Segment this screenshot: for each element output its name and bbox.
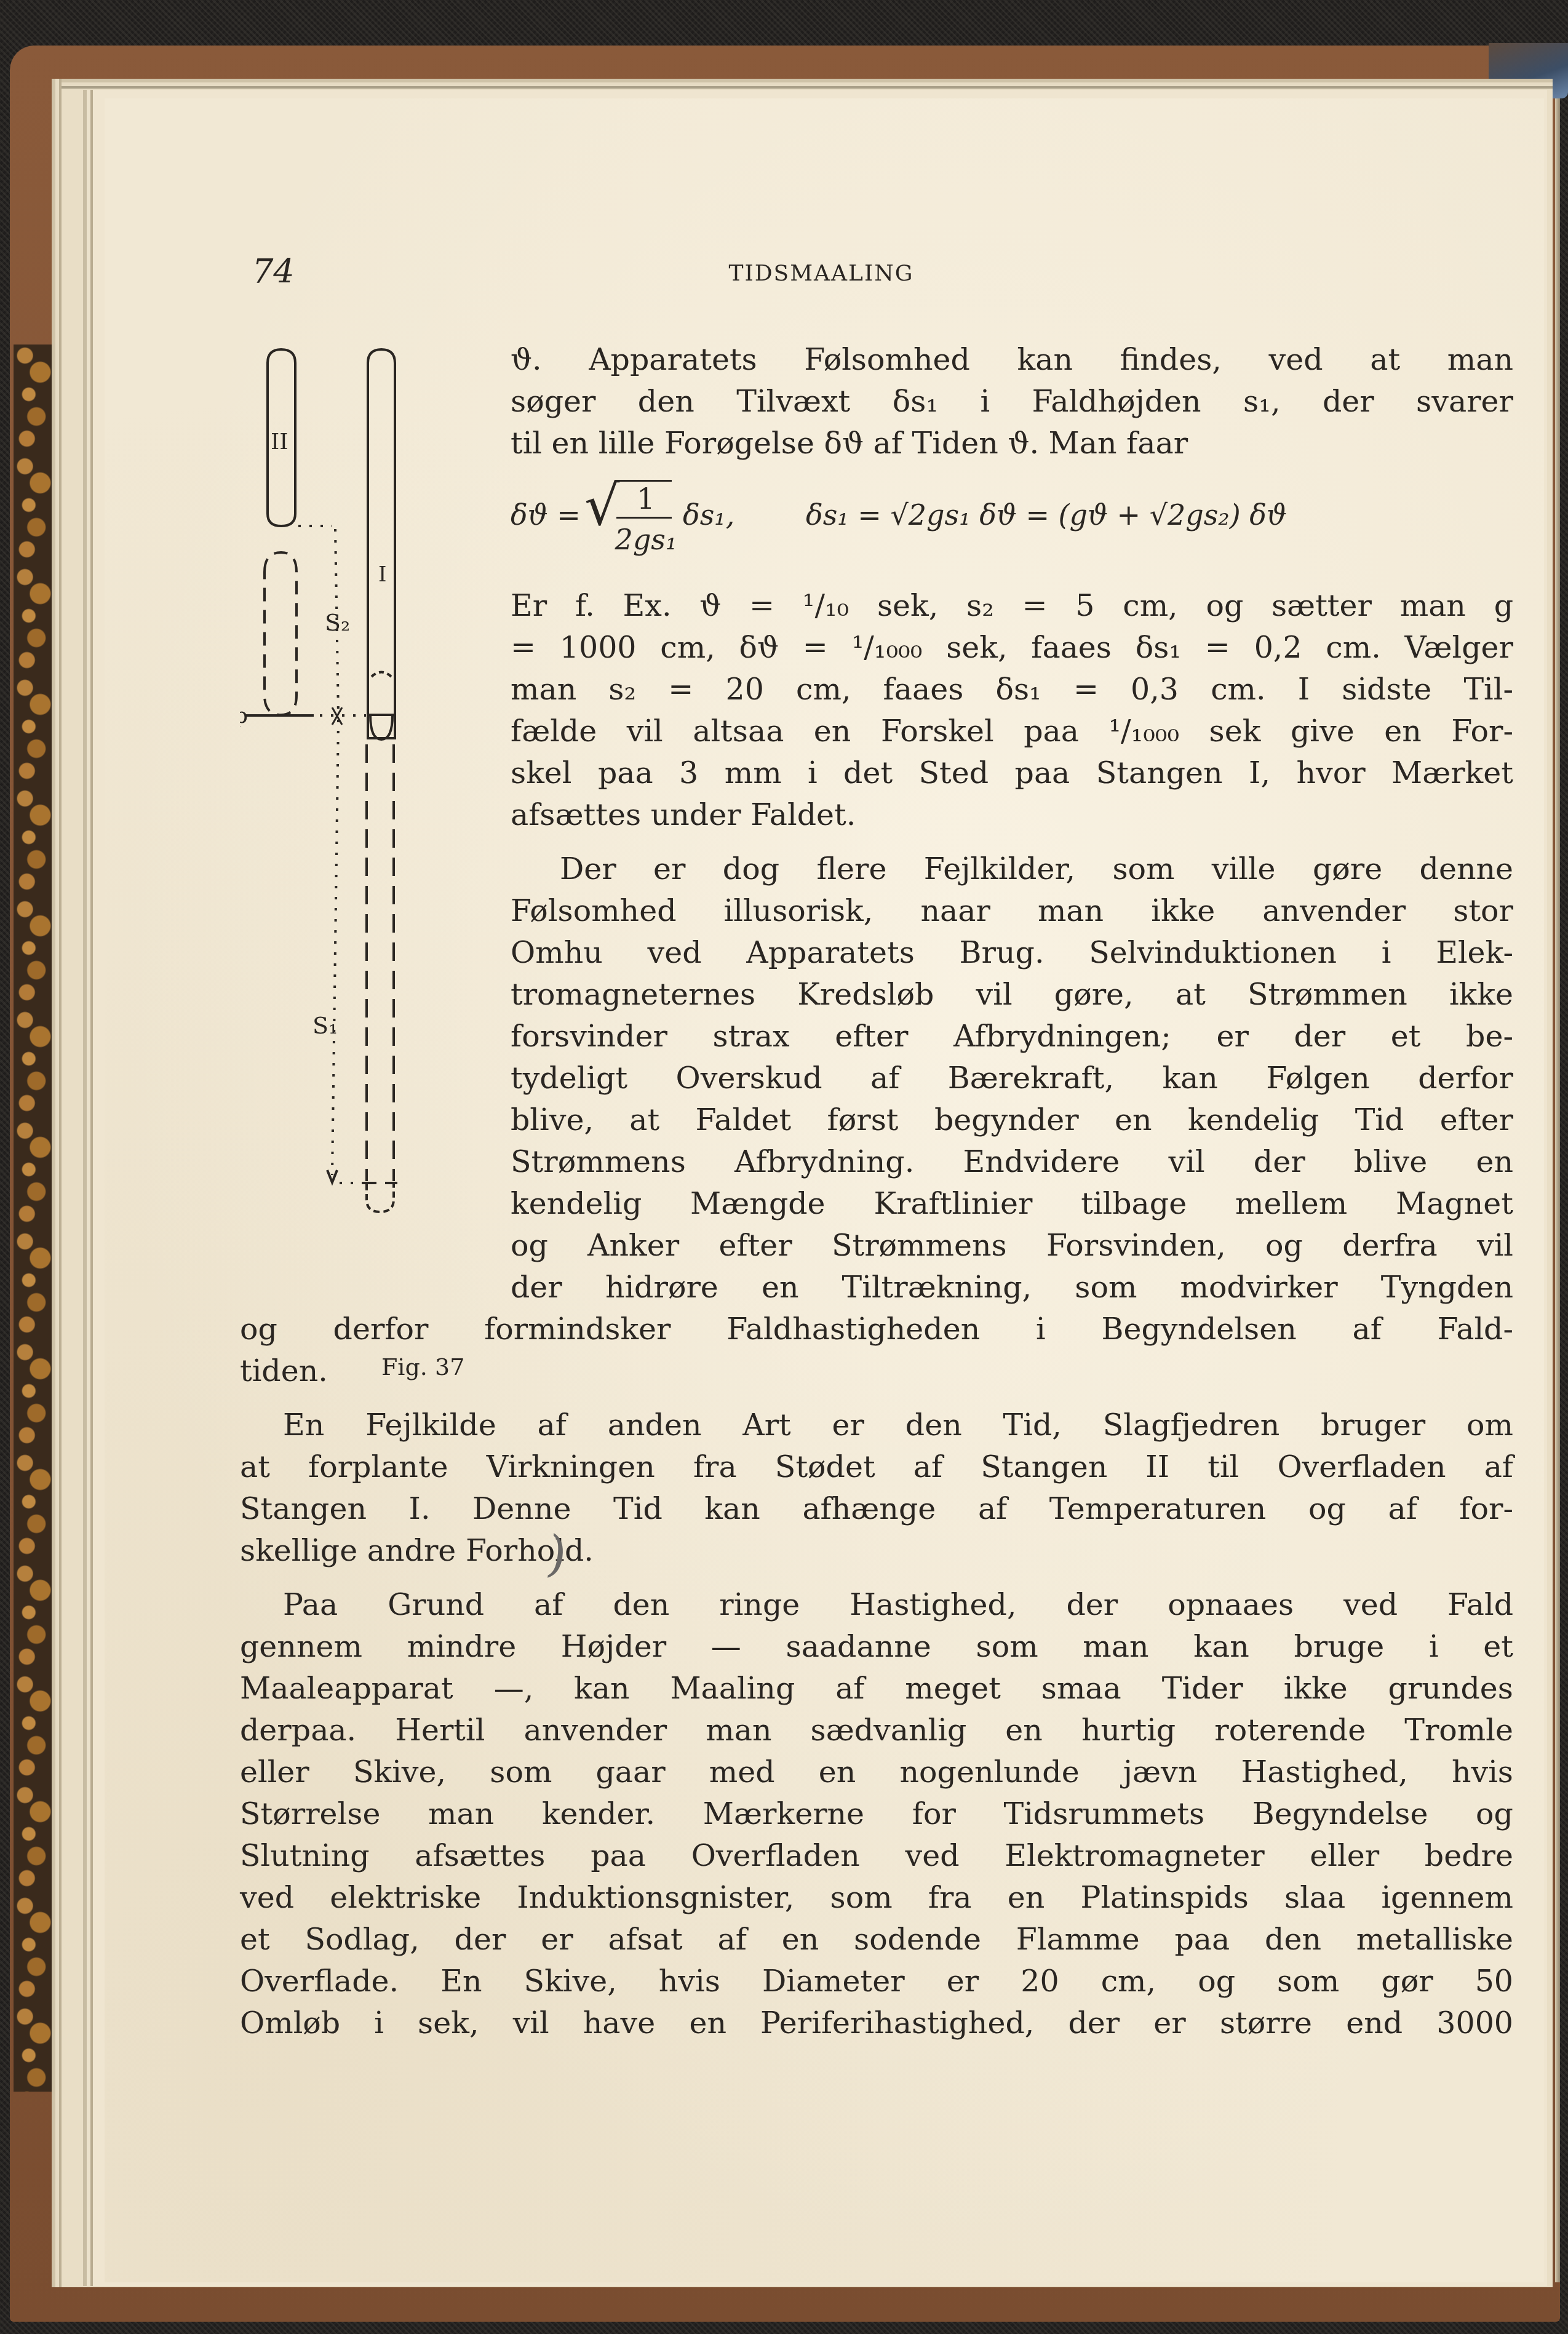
running-title: TIDSMAALING [252,261,1390,286]
text-line: til en lille Forøgelse δϑ af Tiden ϑ. Ma… [511,428,1513,458]
text-line: Følsomhed illusorisk, naar man ikke anve… [511,896,1513,926]
svg-text:S₂: S₂ [325,609,350,636]
text-line: derpaa. Hertil anvender man sædvanlig en… [240,1715,1513,1745]
svg-text:p: p [240,703,248,728]
text-line: kendelig Mængde Kraftlinier tilbage mell… [511,1189,1513,1219]
falling-rod-diagram-icon: II I S₂ S₁ p [240,338,517,1372]
fraction-bar [616,517,672,519]
text-line: tydeligt Overskud af Bærekraft, kan Følg… [511,1063,1513,1093]
text-line: at forplante Virkningen fra Stødet af St… [240,1452,1513,1482]
text-line: fælde vil altsaa en Forskel paa ¹/₁₀₀₀ s… [511,716,1513,746]
text-line: gennem mindre Højder — saadanne som man … [240,1631,1513,1662]
svg-text:S₁: S₁ [312,1012,338,1039]
text-line: Maaleapparat —, kan Maaling af meget sma… [240,1673,1513,1703]
equation-after-fraction: δs₁, [683,498,734,532]
book-page: 74 TIDSMAALING [105,98,1544,2282]
svg-text:II: II [271,429,288,455]
svg-text:I: I [378,562,386,587]
text-line: Der er dog flere Fejlkilder, som ville g… [560,854,1513,884]
text-line: Omhu ved Apparatets Brug. Selvinduktione… [511,938,1513,968]
equation-second: δs₁ = √2gs₁ δϑ = (gϑ + √2gs₂) δϑ [806,498,1287,532]
text-line: tromagneternes Kredsløb vil gøre, at Str… [511,979,1513,1010]
text-line: Strømmens Afbrydning. Endvidere vil der … [511,1147,1513,1177]
text-line: Slutning afsættes paa Overfladen ved Ele… [240,1841,1513,1871]
text-line: søger den Tilvæxt δs₁ i Faldhøjden s₁, d… [511,386,1513,416]
text-line: Omløb i sek, vil have en Periferihastigh… [240,2008,1513,2038]
text-line: ved elektriske Induktionsgnister, som fr… [240,1882,1513,1913]
text-line: afsættes under Faldet. [511,800,1513,830]
equation-lhs: δϑ = [511,498,581,532]
text-line: Stangen I. Denne Tid kan afhænge af Temp… [240,1494,1513,1524]
fraction-denominator: 2gs₁ [612,523,680,556]
text-line: der hidrøre en Tiltrækning, som modvirke… [511,1272,1513,1302]
figure-37: II I S₂ S₁ p Fig. 37 [240,338,517,1372]
text-line: og derfor formindsker Faldhastigheden i … [240,1314,1513,1344]
text-line: eller Skive, som gaar med en nogenlunde … [240,1757,1513,1787]
text-line: skellige andre Forhold. [240,1535,1513,1566]
page-header: 74 TIDSMAALING [252,252,1390,301]
text-line: og Anker efter Strømmens Forsvinden, og … [511,1230,1513,1261]
marbled-cover-edge [14,345,52,2092]
sqrt-bar [616,480,672,482]
text-line: Størrelse man kender. Mærkerne for Tidsr… [240,1799,1513,1829]
text-line: man s₂ = 20 cm, faaes δs₁ = 0,3 cm. I si… [511,674,1513,704]
text-line: forsvinder strax efter Afbrydningen; er … [511,1021,1513,1051]
text-line: = 1000 cm, δϑ = ¹/₁₀₀₀ sek, faaes δs₁ = … [511,632,1513,663]
text-line: ϑ. Apparatets Følsomhed kan findes, ved … [511,345,1513,375]
text-line: skel paa 3 mm i det Sted paa Stangen I, … [511,758,1513,788]
text-line: En Fejlkilde af anden Art er den Tid, Sl… [283,1410,1513,1440]
text-line: blive, at Faldet først begynder en kende… [511,1105,1513,1135]
fraction-numerator: 1 [618,482,674,516]
text-line: Er f. Ex. ϑ = ¹/₁₀ sek, s₂ = 5 cm, og sæ… [511,591,1513,621]
equation: δϑ = √ 1 2gs₁ δs₁, δs₁ = √2gs₁ δϑ = (gϑ … [511,474,1396,566]
text-line: Paa Grund af den ringe Hastighed, der op… [283,1590,1513,1620]
page-edge-right [1555,98,1560,2282]
text-line: et Sodlag, der er afsat af en sodende Fl… [240,1924,1513,1954]
text-line: Overflade. En Skive, hvis Diameter er 20… [240,1966,1513,1996]
text-line: tiden. [240,1356,1513,1386]
